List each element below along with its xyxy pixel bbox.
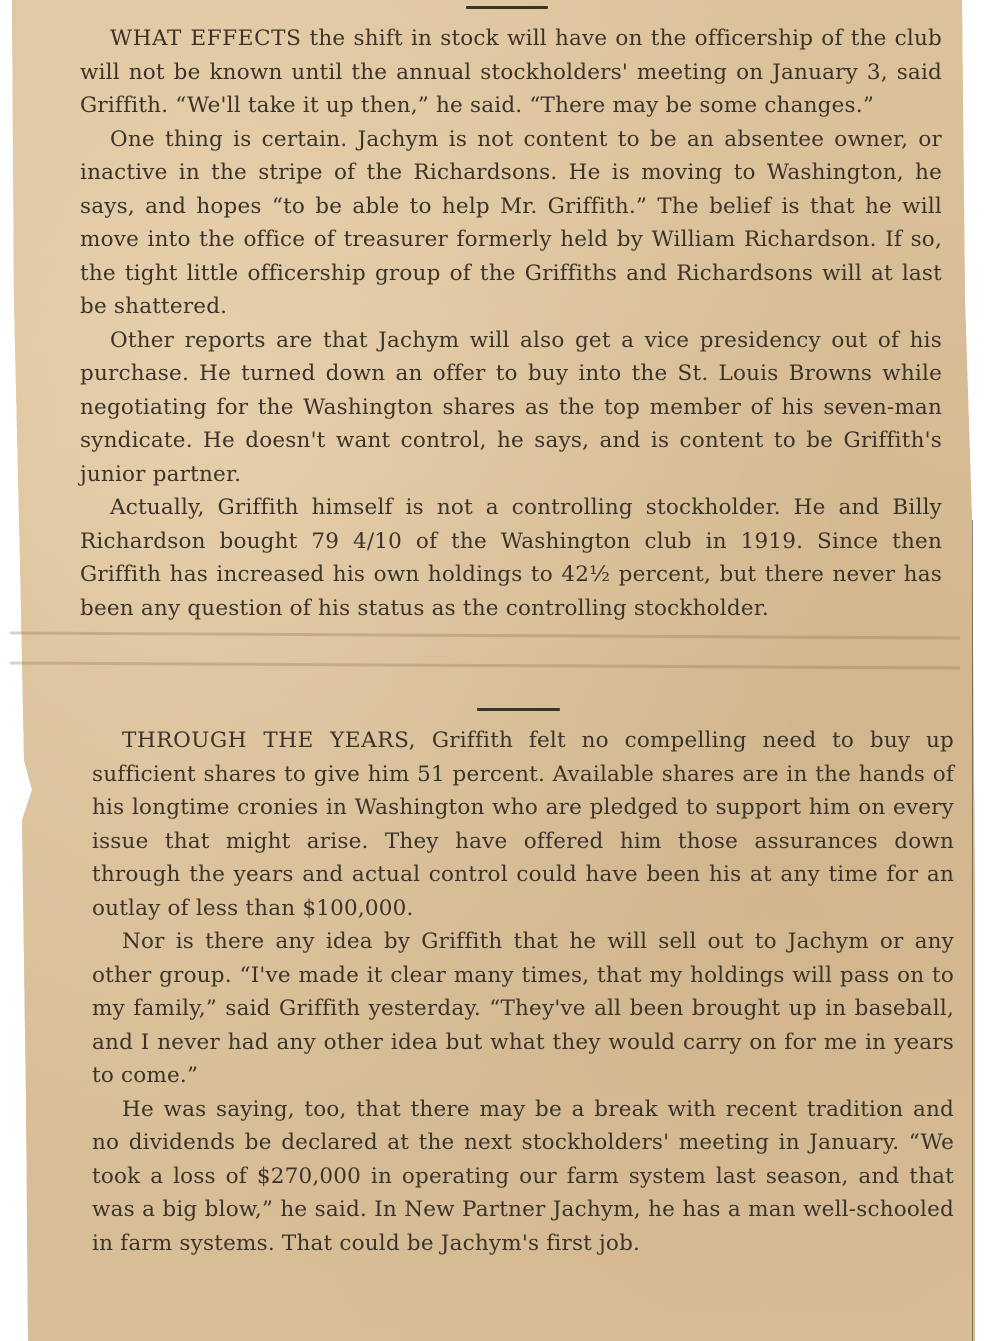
paragraph: He was saying, too, that there may be a … [92,1093,954,1261]
section-separator [477,708,560,711]
paragraph-text: One thing is certain. Jachym is not cont… [80,127,942,320]
article-section-1: WHAT EFFECTS the shift in stock will hav… [80,22,942,625]
paragraph: Actually, Griffith himself is not a cont… [80,491,942,625]
paragraph-lead-in: WHAT EFFECTS [110,26,301,51]
article-section-2: THROUGH THE YEARS, Griffith felt no comp… [92,724,954,1260]
paragraph-text: Nor is there any idea by Griffith that h… [92,929,954,1088]
column-rule [972,520,973,1341]
section-separator [466,6,548,9]
paragraph-text: Griffith felt no compelling need to buy … [92,728,954,921]
paragraph: Nor is there any idea by Griffith that h… [92,925,954,1093]
paragraph-text: Other reports are that Jachym will also … [80,328,942,487]
paragraph: THROUGH THE YEARS, Griffith felt no comp… [92,724,954,925]
paragraph: Other reports are that Jachym will also … [80,324,942,492]
paragraph: WHAT EFFECTS the shift in stock will hav… [80,22,942,123]
paragraph-text: He was saying, too, that there may be a … [92,1097,954,1256]
paragraph-lead-in: THROUGH THE YEARS, [122,728,416,753]
paragraph-text: Actually, Griffith himself is not a cont… [80,495,942,621]
paragraph: One thing is certain. Jachym is not cont… [80,123,942,324]
